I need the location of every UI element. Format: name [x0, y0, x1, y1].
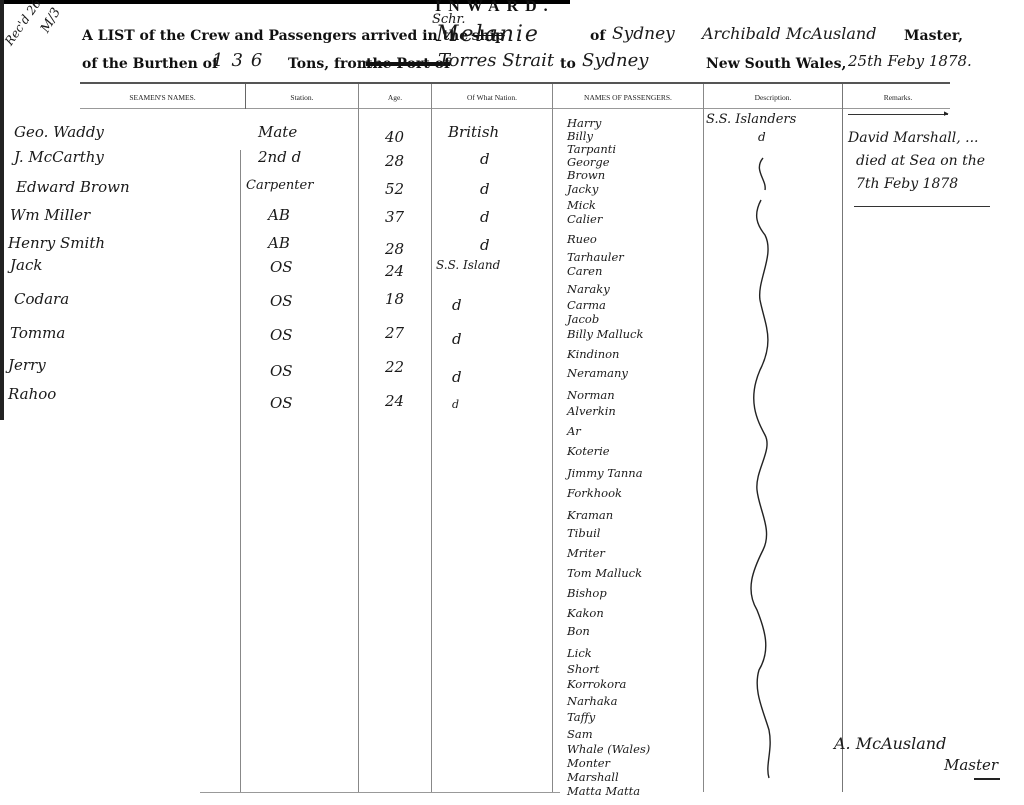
passenger-name: Forkhook	[567, 486, 622, 500]
passenger-name: Matta Matta	[567, 784, 640, 798]
crew-nation: British	[448, 123, 499, 141]
remarks-line-3: 7th Feby 1878	[856, 176, 958, 192]
remarks-arrow-line	[848, 114, 948, 115]
column-head-rule	[80, 108, 950, 109]
header-rule	[80, 82, 950, 84]
crew-station: OS	[270, 292, 293, 310]
passenger-name: Tom Malluck	[567, 566, 642, 580]
ditto-wavy-line-icon	[735, 150, 785, 800]
crew-name: Jerry	[8, 356, 46, 374]
arrow-right-icon: ▸	[944, 110, 949, 119]
master-name: Archibald McAusland	[702, 24, 876, 43]
colony-label: New South Wales,	[706, 56, 846, 72]
master-label: Master,	[904, 28, 963, 44]
margin-note-received: Rec'd 26	[2, 0, 44, 48]
signature-underline	[974, 778, 1000, 780]
passenger-name: Kraman	[567, 508, 613, 522]
passenger-name: Bon	[567, 624, 590, 638]
crew-name: Geo. Waddy	[14, 123, 104, 141]
passenger-name: Caren	[567, 264, 602, 278]
passenger-name: Monter	[567, 756, 610, 770]
col-divider-nation	[431, 84, 432, 792]
passenger-name: Naraky	[567, 282, 610, 296]
passenger-name: Marshall	[567, 770, 619, 784]
description-first: S.S. Islanders	[706, 112, 796, 127]
to-place: Sydney	[582, 50, 648, 71]
passenger-name: Sam	[567, 727, 593, 741]
passenger-name: George	[567, 155, 610, 169]
passenger-name: Kindinon	[567, 347, 619, 361]
passenger-name: Whale (Wales)	[567, 742, 650, 756]
crew-age: 52	[385, 180, 404, 198]
crew-station: Carpenter	[246, 178, 313, 193]
col-remarks: Remarks.	[843, 93, 953, 102]
of-label: of	[590, 28, 605, 44]
crew-nation: d	[480, 236, 490, 254]
crew-age: 28	[385, 240, 404, 258]
crew-station: OS	[270, 258, 293, 276]
bottom-rule	[200, 792, 560, 793]
passenger-name: Jacky	[567, 182, 598, 196]
description-ditto: d	[758, 130, 766, 144]
crew-age: 37	[385, 208, 404, 226]
crew-nation: d	[480, 208, 490, 226]
crew-station: Mate	[258, 123, 297, 141]
passenger-name: Jimmy Tanna	[567, 466, 643, 480]
burthen-label: of the Burthen of	[82, 56, 218, 72]
crew-nation: d	[452, 398, 459, 411]
crew-nation: d	[452, 330, 462, 348]
crew-name: Wm Miller	[10, 206, 90, 224]
passenger-name: Alverkin	[567, 404, 616, 418]
port-of-registry: Sydney	[612, 24, 675, 44]
col-passengers: NAMES OF PASSENGERS.	[553, 93, 703, 102]
crew-station: OS	[270, 394, 293, 412]
from-place: Torres Strait	[438, 50, 554, 71]
passenger-name: Brown	[567, 168, 605, 182]
crew-name: Jack	[10, 256, 42, 274]
crew-station: OS	[270, 326, 293, 344]
crew-nation: d	[452, 368, 462, 386]
passenger-name: Rueo	[567, 232, 597, 246]
col-divider-passengers	[552, 84, 553, 792]
crew-name: Tomma	[10, 324, 65, 342]
signature-title: Master	[944, 756, 998, 774]
col-seamen-names: SEAMEN'S NAMES.	[80, 93, 245, 102]
margin-note-ref: M/3	[38, 6, 64, 36]
passenger-name: Jacob	[567, 312, 599, 326]
vessel-name: Melanie	[436, 22, 540, 47]
crew-age: 22	[385, 358, 404, 376]
page-left-edge	[0, 0, 4, 420]
crew-name: Rahoo	[8, 385, 56, 403]
crew-station: 2nd d	[258, 148, 301, 166]
passenger-name: Carma	[567, 298, 606, 312]
passenger-name: Mick	[567, 198, 596, 212]
passenger-name: Harry	[567, 116, 601, 130]
line1-prefix: A LIST of the Crew and Passengers arrive…	[82, 28, 468, 44]
crew-nation: d	[452, 296, 462, 314]
passenger-name: Neramany	[567, 366, 628, 380]
passenger-name: Calier	[567, 212, 602, 226]
passenger-name: Bishop	[567, 586, 607, 600]
passenger-name: Norman	[567, 388, 615, 402]
to-label: to	[560, 56, 576, 72]
passenger-name: Kakon	[567, 606, 604, 620]
crew-station: AB	[268, 206, 290, 224]
passenger-name: Short	[567, 662, 599, 676]
crew-age: 24	[385, 262, 404, 280]
crew-age: 27	[385, 324, 404, 342]
crew-age: 24	[385, 392, 404, 410]
crew-age: 40	[385, 128, 404, 146]
col-nation: Of What Nation.	[432, 93, 552, 102]
remarks-underline	[854, 206, 990, 207]
passenger-name: Billy Malluck	[567, 327, 643, 341]
crew-nation: d	[480, 180, 490, 198]
remarks-line-2: died at Sea on the	[856, 153, 985, 169]
passenger-name: Tarhauler	[567, 250, 624, 264]
crew-name: Edward Brown	[16, 178, 130, 196]
crew-age: 18	[385, 290, 404, 308]
col-divider-age	[358, 84, 359, 792]
passenger-name: Ar	[567, 424, 581, 438]
master-signature: A. McAusland	[834, 734, 946, 753]
col-station: Station.	[246, 93, 358, 102]
crew-name: J. McCarthy	[14, 148, 104, 166]
crew-station: OS	[270, 362, 293, 380]
crew-nation: d	[480, 150, 490, 168]
tons-from-label: Tons, from	[288, 56, 372, 72]
col-age: Age.	[360, 93, 430, 102]
burthen-value: 136	[212, 50, 270, 71]
crew-station: AB	[268, 234, 290, 252]
passenger-name: Taffy	[567, 710, 595, 724]
col-divider-remarks	[842, 84, 843, 792]
remarks-line-1: David Marshall, ...	[848, 130, 979, 146]
col-description: Description.	[704, 93, 842, 102]
passenger-name: Mriter	[567, 546, 605, 560]
arrival-date: 25th Feby 1878.	[848, 52, 972, 70]
passenger-name: Billy	[567, 129, 593, 143]
passenger-name: Tibuil	[567, 526, 600, 540]
passenger-name: Narhaka	[567, 694, 618, 708]
passenger-name: Koterie	[567, 444, 610, 458]
passenger-name: Lick	[567, 646, 592, 660]
crew-name: Codara	[14, 290, 69, 308]
crew-name: Henry Smith	[8, 234, 105, 252]
col-divider	[245, 84, 246, 109]
col-divider-station	[240, 150, 241, 792]
passenger-name: Korrokora	[567, 677, 626, 691]
crew-nation: S.S. Island	[436, 258, 500, 272]
crew-age: 28	[385, 152, 404, 170]
passenger-name: Tarpanti	[567, 142, 616, 156]
col-divider-description	[703, 84, 704, 792]
